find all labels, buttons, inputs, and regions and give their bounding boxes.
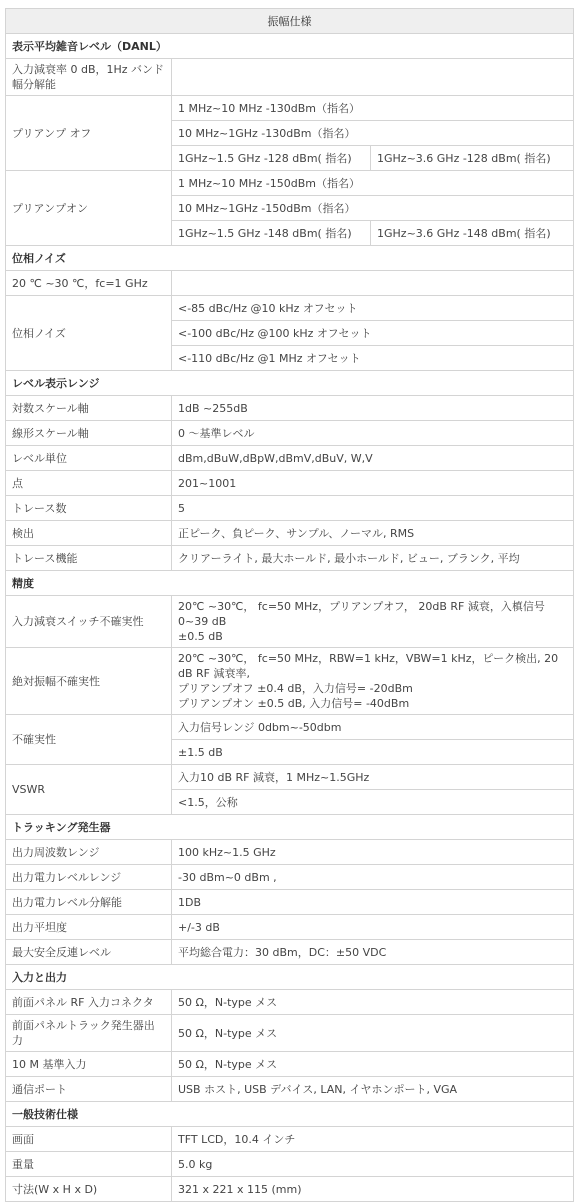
vswr-value: <1.5，公称 bbox=[172, 790, 574, 815]
row-label: 重量 bbox=[6, 1152, 172, 1177]
empty-cell bbox=[172, 59, 574, 96]
amplitude-spec-table: 振幅仕様 表示平均雑音レベル（DANL） 入力減衰率 0 dB，1Hz バンド幅… bbox=[5, 8, 574, 1202]
table-row: 対数スケール軸1dB ~255dB bbox=[6, 396, 574, 421]
table-row: 検出正ピーク、負ピーク、サンプル、ノーマル, RMS bbox=[6, 521, 574, 546]
table-row: 画面TFT LCD，10.4 インチ bbox=[6, 1127, 574, 1152]
section-input-output: 入力と出力 bbox=[6, 965, 574, 990]
row-value: 0 ～基準レベル bbox=[172, 421, 574, 446]
table-row: トレース数5 bbox=[6, 496, 574, 521]
preamp-off-value: 10 MHz~1GHz -130dBm（指名） bbox=[172, 121, 574, 146]
preamp-on-value: 1GHz~3.6 GHz -148 dBm( 指名) bbox=[371, 221, 574, 246]
row-label: 寸法(W x H x D) bbox=[6, 1177, 172, 1202]
preamp-off-value: 1GHz~3.6 GHz -128 dBm( 指名) bbox=[371, 146, 574, 171]
row-label: 対数スケール軸 bbox=[6, 396, 172, 421]
table-row: 入力減衰率 0 dB，1Hz バンド幅分解能 bbox=[6, 59, 574, 96]
row-value: TFT LCD，10.4 インチ bbox=[172, 1127, 574, 1152]
section-danl: 表示平均雑音レベル（DANL） bbox=[6, 34, 574, 59]
section-tracking-generator: トラッキング発生器 bbox=[6, 815, 574, 840]
table-row: VSWR 入力10 dB RF 減衰，1 MHz~1.5GHz bbox=[6, 765, 574, 790]
row-value: 50 Ω，N-type メス bbox=[172, 1015, 574, 1052]
table-row: プリアンプ オフ 1 MHz~10 MHz -130dBm（指名） bbox=[6, 96, 574, 121]
uncertainty-value: ±1.5 dB bbox=[172, 740, 574, 765]
table-row: プリアンプオン 1 MHz~10 MHz -150dBm（指名） bbox=[6, 171, 574, 196]
table-row: 前面パネル RF 入力コネクタ50 Ω，N-type メス bbox=[6, 990, 574, 1015]
absolute-amplitude-label: 絶対振幅不確実性 bbox=[6, 648, 172, 715]
section-phase-noise: 位相ノイズ bbox=[6, 246, 574, 271]
empty-cell bbox=[172, 271, 574, 296]
table-row: レベル単位dBm,dBuW,dBpW,dBmV,dBuV, W,V bbox=[6, 446, 574, 471]
row-value: dBm,dBuW,dBpW,dBmV,dBuV, W,V bbox=[172, 446, 574, 471]
row-value: 5.0 kg bbox=[172, 1152, 574, 1177]
table-row: 位相ノイズ <-85 dBc/Hz @10 kHz オフセット bbox=[6, 296, 574, 321]
row-label: 出力周波数レンジ bbox=[6, 840, 172, 865]
preamp-off-label: プリアンプ オフ bbox=[6, 96, 172, 171]
section-accuracy: 精度 bbox=[6, 571, 574, 596]
section-general: 一般技術仕様 bbox=[6, 1102, 574, 1127]
atten-switch-value: 20℃ ~30℃， fc=50 MHz，プリアンプオフ， 20dB RF 減衰，… bbox=[172, 596, 574, 648]
table-title: 振幅仕様 bbox=[6, 9, 574, 34]
table-row: 出力周波数レンジ100 kHz~1.5 GHz bbox=[6, 840, 574, 865]
row-label: 最大安全反連レベル bbox=[6, 940, 172, 965]
table-row: トレース機能クリアーライト, 最大ホールド, 最小ホールド, ビュー, ブランク… bbox=[6, 546, 574, 571]
table-row: 出力電力レベルレンジ-30 dBm~0 dBm , bbox=[6, 865, 574, 890]
row-value: -30 dBm~0 dBm , bbox=[172, 865, 574, 890]
row-value: 50 Ω，N-type メス bbox=[172, 1052, 574, 1077]
row-value: USB ホスト, USB デバイス, LAN, イヤホンポート, VGA bbox=[172, 1077, 574, 1102]
phase-noise-label: 位相ノイズ bbox=[6, 296, 172, 371]
uncertainty-value: 入力信号レンジ 0dbm~-50dbm bbox=[172, 715, 574, 740]
preamp-on-value: 1GHz~1.5 GHz -148 dBm( 指名) bbox=[172, 221, 371, 246]
phase-noise-value: <-100 dBc/Hz @100 kHz オフセット bbox=[172, 321, 574, 346]
row-label: 画面 bbox=[6, 1127, 172, 1152]
row-label: 10 M 基準入力 bbox=[6, 1052, 172, 1077]
vswr-value: 入力10 dB RF 減衰，1 MHz~1.5GHz bbox=[172, 765, 574, 790]
row-label: 前面パネル RF 入力コネクタ bbox=[6, 990, 172, 1015]
table-row: 10 M 基準入力50 Ω，N-type メス bbox=[6, 1052, 574, 1077]
row-value: 1dB ~255dB bbox=[172, 396, 574, 421]
atten-switch-label: 入力減衰スイッチ不確実性 bbox=[6, 596, 172, 648]
row-value: +/-3 dB bbox=[172, 915, 574, 940]
row-value: 321 x 221 x 115 (mm) bbox=[172, 1177, 574, 1202]
row-value: 201~1001 bbox=[172, 471, 574, 496]
row-label: レベル単位 bbox=[6, 446, 172, 471]
phase-noise-condition: 20 ℃ ~30 ℃，fc=1 GHz bbox=[6, 271, 172, 296]
table-row: 不確実性 入力信号レンジ 0dbm~-50dbm bbox=[6, 715, 574, 740]
row-label: 検出 bbox=[6, 521, 172, 546]
table-row: 線形スケール軸0 ～基準レベル bbox=[6, 421, 574, 446]
row-label: 点 bbox=[6, 471, 172, 496]
row-label: トレース機能 bbox=[6, 546, 172, 571]
row-label: 出力平坦度 bbox=[6, 915, 172, 940]
vswr-label: VSWR bbox=[6, 765, 172, 815]
row-label: 通信ポート bbox=[6, 1077, 172, 1102]
row-label: トレース数 bbox=[6, 496, 172, 521]
danl-condition: 入力減衰率 0 dB，1Hz バンド幅分解能 bbox=[6, 59, 172, 96]
table-row: 前面パネルトラック発生器出力50 Ω，N-type メス bbox=[6, 1015, 574, 1052]
row-value: 正ピーク、負ピーク、サンプル、ノーマル, RMS bbox=[172, 521, 574, 546]
section-level-display: レベル表示レンジ bbox=[6, 371, 574, 396]
preamp-off-value: 1GHz~1.5 GHz -128 dBm( 指名) bbox=[172, 146, 371, 171]
phase-noise-value: <-85 dBc/Hz @10 kHz オフセット bbox=[172, 296, 574, 321]
preamp-on-label: プリアンプオン bbox=[6, 171, 172, 246]
table-row: 重量5.0 kg bbox=[6, 1152, 574, 1177]
table-row: 入力減衰スイッチ不確実性 20℃ ~30℃， fc=50 MHz，プリアンプオフ… bbox=[6, 596, 574, 648]
row-value: クリアーライト, 最大ホールド, 最小ホールド, ビュー, ブランク, 平均 bbox=[172, 546, 574, 571]
preamp-off-value: 1 MHz~10 MHz -130dBm（指名） bbox=[172, 96, 574, 121]
preamp-on-value: 10 MHz~1GHz -150dBm（指名） bbox=[172, 196, 574, 221]
table-row: 出力電力レベル分解能1DB bbox=[6, 890, 574, 915]
row-label: 出力電力レベルレンジ bbox=[6, 865, 172, 890]
table-row: 寸法(W x H x D) 321 x 221 x 115 (mm) bbox=[6, 1177, 574, 1202]
table-row: 通信ポートUSB ホスト, USB デバイス, LAN, イヤホンポート, VG… bbox=[6, 1077, 574, 1102]
row-label: 線形スケール軸 bbox=[6, 421, 172, 446]
row-label: 出力電力レベル分解能 bbox=[6, 890, 172, 915]
table-row: 最大安全反連レベル平均総合電力：30 dBm，DC：±50 VDC bbox=[6, 940, 574, 965]
preamp-on-value: 1 MHz~10 MHz -150dBm（指名） bbox=[172, 171, 574, 196]
table-row: 出力平坦度+/-3 dB bbox=[6, 915, 574, 940]
row-value: 平均総合電力：30 dBm，DC：±50 VDC bbox=[172, 940, 574, 965]
row-value: 5 bbox=[172, 496, 574, 521]
uncertainty-label: 不確実性 bbox=[6, 715, 172, 765]
phase-noise-value: <-110 dBc/Hz @1 MHz オフセット bbox=[172, 346, 574, 371]
row-value: 1DB bbox=[172, 890, 574, 915]
row-value: 100 kHz~1.5 GHz bbox=[172, 840, 574, 865]
table-row: 20 ℃ ~30 ℃，fc=1 GHz bbox=[6, 271, 574, 296]
table-row: 点201~1001 bbox=[6, 471, 574, 496]
table-row: 絶対振幅不確実性 20℃ ~30℃， fc=50 MHz，RBW=1 kHz，V… bbox=[6, 648, 574, 715]
row-label: 前面パネルトラック発生器出力 bbox=[6, 1015, 172, 1052]
absolute-amplitude-value: 20℃ ~30℃， fc=50 MHz，RBW=1 kHz，VBW=1 kHz，… bbox=[172, 648, 574, 715]
row-value: 50 Ω，N-type メス bbox=[172, 990, 574, 1015]
